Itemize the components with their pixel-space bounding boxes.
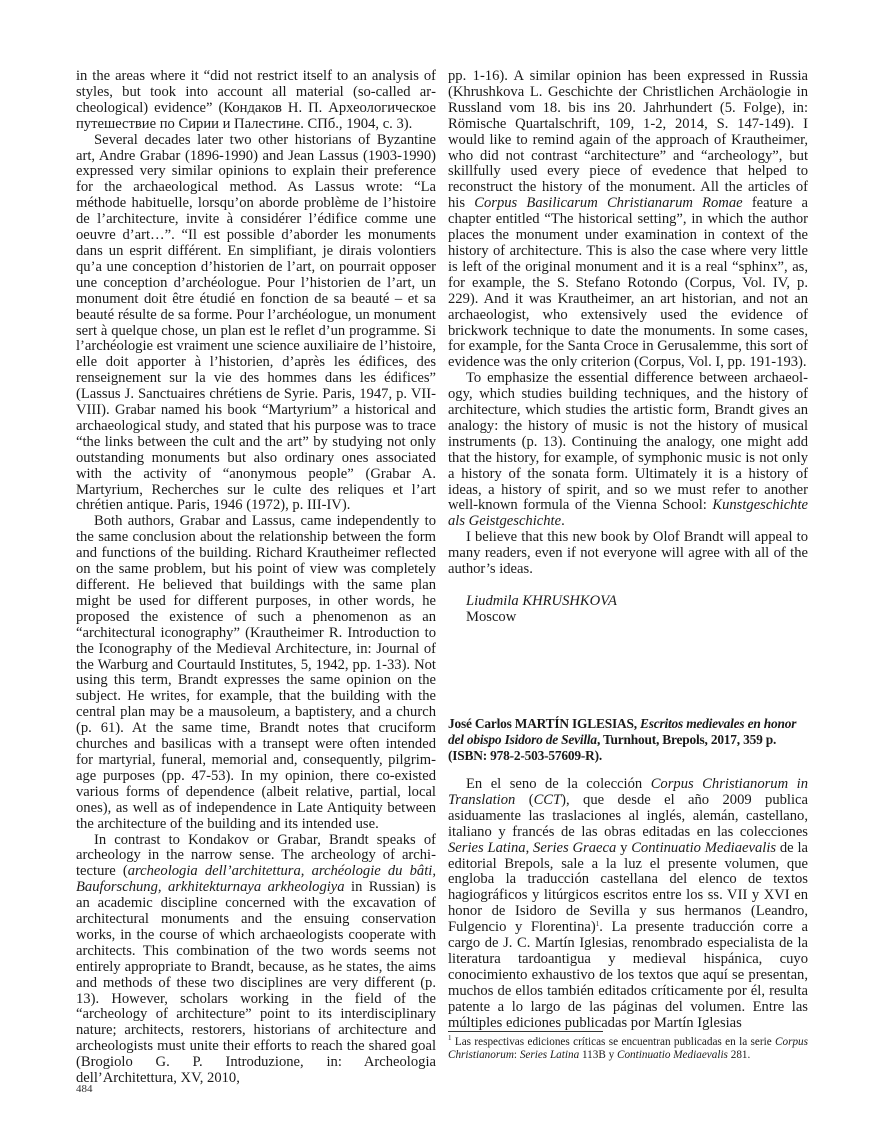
paragraph: Both authors, Grabar and Lassus, came in… (76, 514, 436, 832)
footnote-divider (448, 1031, 603, 1032)
text: To emphasize the essential difference be… (448, 370, 808, 513)
paragraph: in the areas where it “did not restrict … (76, 69, 436, 133)
text: Las respectivas ediciones críticas se en… (452, 1036, 776, 1048)
page-number: 484 (76, 1083, 93, 1095)
paragraph: I believe that this new book by Olof Bra… (448, 530, 808, 578)
right-column: pp. 1-16). A similar opinion has been ex… (448, 69, 808, 626)
footnote: 1 Las respectivas ediciones críticas se … (448, 1036, 808, 1062)
italic-term: Continuatio Mediaevalis (617, 1049, 728, 1061)
reviewer-location: Moscow (466, 610, 808, 626)
paragraph: In contrast to Kondakov or Grabar, Brand… (76, 833, 436, 1088)
reviewer-name: Liudmila KHRUSHKOVA (466, 594, 808, 610)
review-heading: José Carlos MARTÍN IGLESIAS, Escritos me… (448, 716, 808, 763)
text: 281. (728, 1049, 750, 1061)
text: y (616, 840, 631, 856)
paragraph: To emphasize the essential difference be… (448, 371, 808, 530)
italic-term: Series Latina (520, 1049, 579, 1061)
text: . (561, 513, 565, 529)
text: in Russian) is an academic discipline co… (76, 879, 436, 1086)
text: , (526, 840, 533, 856)
italic-term: Series Graeca (533, 840, 616, 856)
review-body: En el seno de la colección Corpus Christ… (448, 777, 808, 1032)
text: . La presente traducción corre a cargo d… (448, 919, 808, 1030)
text: En el seno de la colección (466, 776, 651, 792)
reviewer-signature: Liudmila KHRUSHKOVA Moscow (448, 594, 808, 626)
italic-title: Corpus Basili­carum Christianarum Romae (474, 195, 742, 211)
text: ( (515, 792, 533, 808)
italic-term: Continuatio Mediaevalis (631, 840, 776, 856)
text: feature a chapter entitled “The historic… (448, 195, 808, 370)
paragraph: pp. 1-16). A similar opinion has been ex… (448, 69, 808, 371)
text: pp. 1-16). A similar opinion has been ex… (448, 68, 808, 211)
paragraph: Several decades later two other historia… (76, 133, 436, 515)
italic-term: CCT (534, 792, 562, 808)
italic-term: Series Latina (448, 840, 526, 856)
book-author: José Carlos MARTÍN IGLESIAS, (448, 716, 640, 731)
left-column: in the areas where it “did not restrict … (76, 69, 436, 1087)
text: 113B y (579, 1049, 617, 1061)
